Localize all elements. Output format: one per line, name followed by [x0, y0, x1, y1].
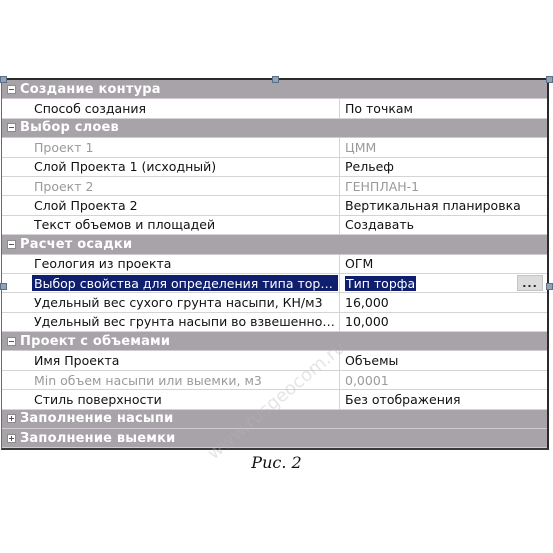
group-header[interactable]: Заполнение выемки	[2, 429, 547, 448]
property-value-text: Объемы	[345, 353, 398, 368]
property-name: Способ создания	[34, 101, 338, 116]
resize-handle-middle-left[interactable]	[0, 283, 7, 290]
browse-button[interactable]: ...	[517, 275, 543, 291]
property-row[interactable]: Слой Проекта 1 (исходный)Рельеф	[2, 158, 547, 177]
group-header[interactable]: Заполнение насыпи	[2, 410, 547, 429]
property-value[interactable]: Создавать	[339, 216, 547, 234]
property-value[interactable]: Рельеф	[339, 158, 547, 176]
property-row[interactable]: Выбор свойства для определения типа торф…	[2, 274, 547, 293]
group-header[interactable]: Расчет осадки	[2, 235, 547, 254]
collapse-icon[interactable]	[7, 85, 16, 94]
property-value-text: ЦММ	[345, 140, 376, 155]
property-name: Слой Проекта 2	[34, 198, 338, 213]
resize-handle-middle-right[interactable]	[546, 283, 553, 290]
group-label: Заполнение выемки	[20, 431, 175, 446]
property-value-text: Рельеф	[345, 159, 394, 174]
resize-handle-top-right[interactable]	[546, 76, 553, 83]
property-row[interactable]: Стиль поверхностиБез отображения	[2, 390, 547, 409]
property-row[interactable]: Способ созданияПо точкам	[2, 99, 547, 118]
property-value[interactable]: По точкам	[339, 99, 547, 117]
group-label: Выбор слоев	[20, 120, 119, 135]
property-grid: Создание контураСпособ созданияПо точкам…	[1, 78, 549, 450]
collapse-icon[interactable]	[7, 240, 16, 249]
property-name: Удельный вес сухого грунта насыпи, КН/м3	[34, 295, 338, 310]
expand-icon[interactable]	[7, 434, 16, 443]
property-row[interactable]: Проект 2ГЕНПЛАН-1	[2, 177, 547, 196]
group-label: Заполнение насыпи	[20, 411, 173, 426]
property-row[interactable]: Геология из проектаОГМ	[2, 255, 547, 274]
property-value-text: Вертикальная планировка	[345, 198, 521, 213]
property-value-text: 16,000	[345, 295, 389, 310]
resize-handle-top-left[interactable]	[0, 76, 7, 83]
collapse-icon[interactable]	[7, 337, 16, 346]
property-row[interactable]: Проект 1ЦММ	[2, 138, 547, 157]
group-label: Создание контура	[20, 82, 161, 97]
property-value-text: 0,0001	[345, 373, 389, 388]
figure-caption: Рис. 2	[0, 453, 553, 472]
group-header[interactable]: Выбор слоев	[2, 119, 547, 138]
property-value-text: ОГМ	[345, 256, 373, 271]
property-value-text: Тип торфа	[345, 276, 416, 291]
property-value-text: Создавать	[345, 217, 414, 232]
property-value[interactable]: 10,000	[339, 313, 547, 331]
resize-handle-top-center[interactable]	[272, 76, 279, 83]
property-value[interactable]: Вертикальная планировка	[339, 196, 547, 214]
property-name: Выбор свойства для определения типа торф…	[34, 276, 338, 291]
property-name: Текст объемов и площадей	[34, 217, 338, 232]
group-label: Расчет осадки	[20, 237, 132, 252]
property-row[interactable]: Имя ПроектаОбъемы	[2, 351, 547, 370]
group-header[interactable]: Проект с объемами	[2, 332, 547, 351]
property-name: Min объем насыпи или выемки, м3	[34, 373, 338, 388]
property-name: Удельный вес грунта насыпи во взвешенном…	[34, 314, 338, 329]
property-value[interactable]: Тип торфа...	[339, 274, 547, 292]
property-name: Имя Проекта	[34, 353, 338, 368]
property-value-text: ГЕНПЛАН-1	[345, 179, 419, 194]
property-row[interactable]: Удельный вес грунта насыпи во взвешенном…	[2, 313, 547, 332]
property-row[interactable]: Слой Проекта 2Вертикальная планировка	[2, 196, 547, 215]
property-value-text: По точкам	[345, 101, 413, 116]
property-value-text: 10,000	[345, 314, 389, 329]
property-name: Проект 1	[34, 140, 338, 155]
property-value[interactable]: ОГМ	[339, 255, 547, 273]
expand-icon[interactable]	[7, 414, 16, 423]
group-label: Проект с объемами	[20, 334, 170, 349]
property-name: Слой Проекта 1 (исходный)	[34, 159, 338, 174]
property-value: 0,0001	[339, 371, 547, 389]
property-name: Стиль поверхности	[34, 392, 338, 407]
property-name: Проект 2	[34, 179, 338, 194]
property-value[interactable]: Без отображения	[339, 390, 547, 408]
property-value[interactable]: 16,000	[339, 293, 547, 311]
property-value[interactable]: Объемы	[339, 351, 547, 369]
property-row[interactable]: Удельный вес сухого грунта насыпи, КН/м3…	[2, 293, 547, 312]
property-value: ЦММ	[339, 138, 547, 156]
property-value-text: Без отображения	[345, 392, 461, 407]
property-row[interactable]: Min объем насыпи или выемки, м30,0001	[2, 371, 547, 390]
property-row[interactable]: Текст объемов и площадейСоздавать	[2, 216, 547, 235]
property-name: Геология из проекта	[34, 256, 338, 271]
collapse-icon[interactable]	[7, 123, 16, 132]
property-value: ГЕНПЛАН-1	[339, 177, 547, 195]
